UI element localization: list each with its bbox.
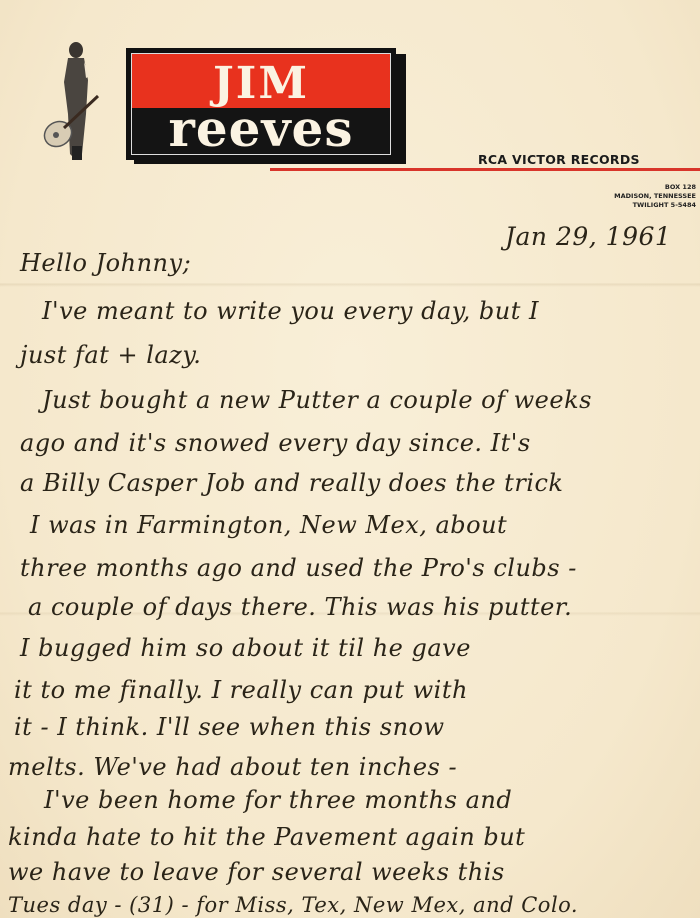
letterhead-address: BOX 128 MADISON, TENNESSEE TWILIGHT 5-54… — [614, 183, 696, 210]
jim-reeves-logo: JIM reeves — [42, 42, 364, 166]
letter-line: Just bought a new Putter a couple of wee… — [42, 385, 592, 415]
letter-line: ago and it's snowed every day since. It'… — [20, 428, 531, 458]
record-label: RCA VICTOR RECORDS — [478, 152, 640, 167]
letter-line: kinda hate to hit the Pavement again but — [8, 822, 525, 852]
letter-line: a Billy Casper Job and really does the t… — [20, 468, 563, 498]
letter-line: I bugged him so about it til he gave — [20, 633, 471, 663]
letter-greeting: Hello Johnny; — [20, 248, 191, 278]
address-line: MADISON, TENNESSEE — [614, 192, 696, 201]
logo-box: JIM reeves — [126, 48, 396, 160]
letter-line: it - I think. I'll see when this snow — [14, 712, 445, 742]
letter-line: Tues day - (31) - for Miss, Tex, New Mex… — [8, 890, 578, 918]
address-line: TWILIGHT 5-5484 — [614, 201, 696, 210]
letter-line: melts. We've had about ten inches - — [8, 752, 457, 782]
letter-line: I was in Farmington, New Mex, about — [30, 510, 507, 540]
letter-line: I've meant to write you every day, but I — [42, 296, 539, 326]
letter-line: a couple of days there. This was his put… — [28, 592, 572, 622]
letter-line: I've been home for three months and — [44, 785, 512, 815]
letter-line: it to me finally. I really can put with — [14, 675, 468, 705]
letter-date: Jan 29, 1961 — [505, 222, 671, 252]
logo-name-bottom: reeves — [132, 102, 390, 156]
letter-line: three months ago and used the Pro's club… — [20, 553, 577, 583]
singer-with-guitar-icon — [42, 42, 112, 166]
letter-line: we have to leave for several weeks this — [8, 857, 505, 887]
address-line: BOX 128 — [614, 183, 696, 192]
red-rule-divider — [270, 168, 700, 171]
letter-line: just fat + lazy. — [20, 340, 201, 370]
